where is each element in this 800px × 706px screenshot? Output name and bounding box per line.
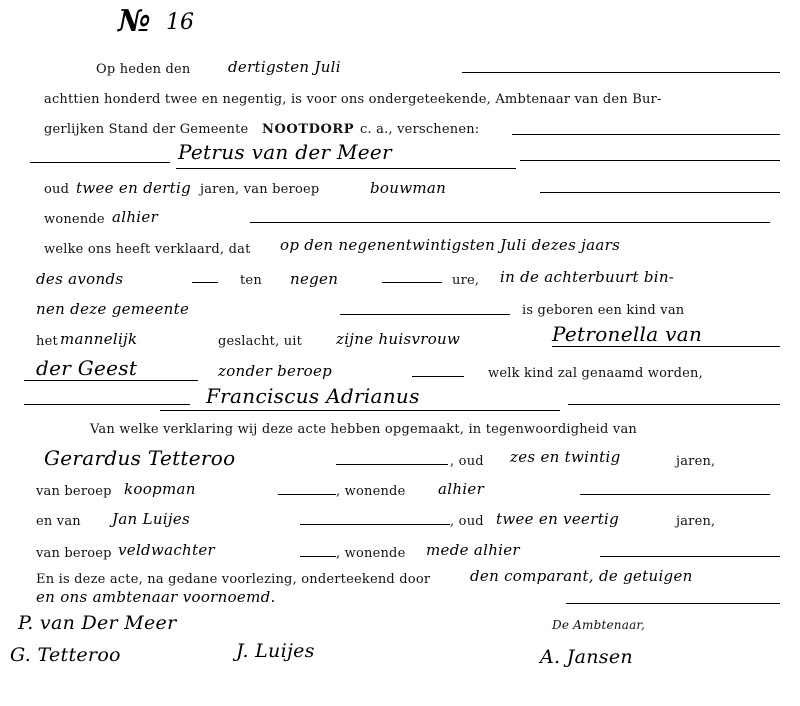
- fill-line: [278, 494, 336, 495]
- witness2-occupation: veldwachter: [118, 541, 215, 559]
- fill-line: [340, 314, 510, 315]
- signature-declarant: P. van Der Meer: [18, 612, 176, 634]
- line9-print: is geboren een kind van: [522, 303, 684, 318]
- fill-line: [382, 282, 442, 283]
- line2-print: achttien honderd twee en negentig, is vo…: [44, 92, 662, 107]
- witness1-name: Gerardus Tetteroo: [44, 446, 235, 470]
- fill-line: [552, 346, 780, 347]
- fill-line: [568, 404, 780, 405]
- oud-label-2: , oud: [450, 454, 484, 469]
- birth-hour: negen: [290, 270, 338, 288]
- oud-label: oud: [44, 182, 69, 197]
- signature-witness1: G. Tetteroo: [10, 644, 121, 666]
- witness1-age: zes en twintig: [510, 448, 621, 466]
- fill-line: [24, 380, 198, 381]
- fill-line: [600, 556, 780, 557]
- fill-line: [250, 222, 770, 223]
- line11-print: welk kind zal genaamd worden,: [488, 366, 703, 381]
- declarant-residence: alhier: [112, 208, 158, 226]
- birth-date-hand: op den negenentwintigsten Juli dezes jaa…: [280, 236, 620, 254]
- jaren-label-2: jaren,: [676, 454, 715, 469]
- ure-label: ure,: [452, 273, 479, 288]
- line1-print: Op heden den: [96, 62, 191, 77]
- fill-line: [512, 134, 780, 135]
- municipality: NOOTDORP: [262, 122, 354, 137]
- mother-name-b: der Geest: [36, 356, 137, 380]
- fill-line: [160, 410, 560, 411]
- wonende-label-3: , wonende: [336, 546, 405, 561]
- certificate-page: № 16 Op heden den dertigsten Juli achtti…: [0, 0, 800, 706]
- signature-official: A. Jansen: [540, 646, 633, 668]
- jaren-beroep-label: jaren, van beroep: [200, 182, 319, 197]
- fill-line: [540, 192, 780, 193]
- beroep-label-2: van beroep: [36, 484, 112, 499]
- birth-place-b: nen deze gemeente: [36, 300, 189, 318]
- line13-print: Van welke verklaring wij deze acte hebbe…: [90, 422, 637, 437]
- fill-line: [24, 404, 190, 405]
- time-of-day: des avonds: [36, 270, 123, 288]
- fill-line: [300, 556, 336, 557]
- en-van-label: en van: [36, 514, 81, 529]
- date-hand: dertigsten Juli: [228, 58, 341, 76]
- fill-line: [336, 464, 448, 465]
- signed-by-hand: den comparant, de getuigen: [470, 567, 693, 585]
- witness1-residence: alhier: [438, 480, 484, 498]
- fill-line: [462, 72, 780, 73]
- signature-witness2: J. Luijes: [236, 640, 315, 662]
- geslacht-label: geslacht, uit: [218, 334, 302, 349]
- witness2-age: twee en veertig: [496, 510, 619, 528]
- line18-print: En is deze acte, na gedane voorlezing, o…: [36, 572, 430, 587]
- declarant-occupation: bouwman: [370, 179, 446, 197]
- fill-line: [520, 160, 780, 161]
- certificate-number: 16: [166, 10, 194, 35]
- birth-place-a: in de achterbuurt bin-: [500, 268, 674, 286]
- witness1-occupation: koopman: [124, 480, 196, 498]
- wonende-label: wonende: [44, 212, 105, 227]
- ten-label: ten: [240, 273, 262, 288]
- line3-print-a: gerlijken Stand der Gemeente: [44, 122, 248, 137]
- fill-line: [176, 168, 516, 169]
- witness2-name: Jan Luijes: [112, 510, 190, 528]
- mother-name-a: Petronella van: [552, 322, 702, 346]
- fill-line: [30, 162, 170, 163]
- wife-hand: zijne huisvrouw: [336, 330, 460, 348]
- beroep-label-3: van beroep: [36, 546, 112, 561]
- wonende-label-2: , wonende: [336, 484, 405, 499]
- signed-by-hand-b: en ons ambtenaar voornoemd.: [36, 588, 276, 606]
- line7-print: welke ons heeft verklaard, dat: [44, 242, 251, 257]
- declarant-age: twee en dertig: [76, 179, 191, 197]
- declarant-name: Petrus van der Meer: [178, 140, 392, 164]
- number-label: №: [118, 4, 151, 39]
- fill-line: [412, 376, 464, 377]
- fill-line: [580, 494, 770, 495]
- jaren-label-3: jaren,: [676, 514, 715, 529]
- line3-print-b: c. a., verschenen:: [360, 122, 479, 137]
- fill-line: [300, 524, 450, 525]
- official-label: De Ambtenaar,: [552, 618, 645, 632]
- mother-occupation: zonder beroep: [218, 362, 332, 380]
- child-sex: mannelijk: [60, 330, 137, 348]
- het-label: het: [36, 334, 58, 349]
- oud-label-3: , oud: [450, 514, 484, 529]
- fill-line: [192, 282, 218, 283]
- fill-line: [566, 603, 780, 604]
- child-name: Franciscus Adrianus: [206, 384, 420, 408]
- witness2-residence: mede alhier: [426, 541, 520, 559]
